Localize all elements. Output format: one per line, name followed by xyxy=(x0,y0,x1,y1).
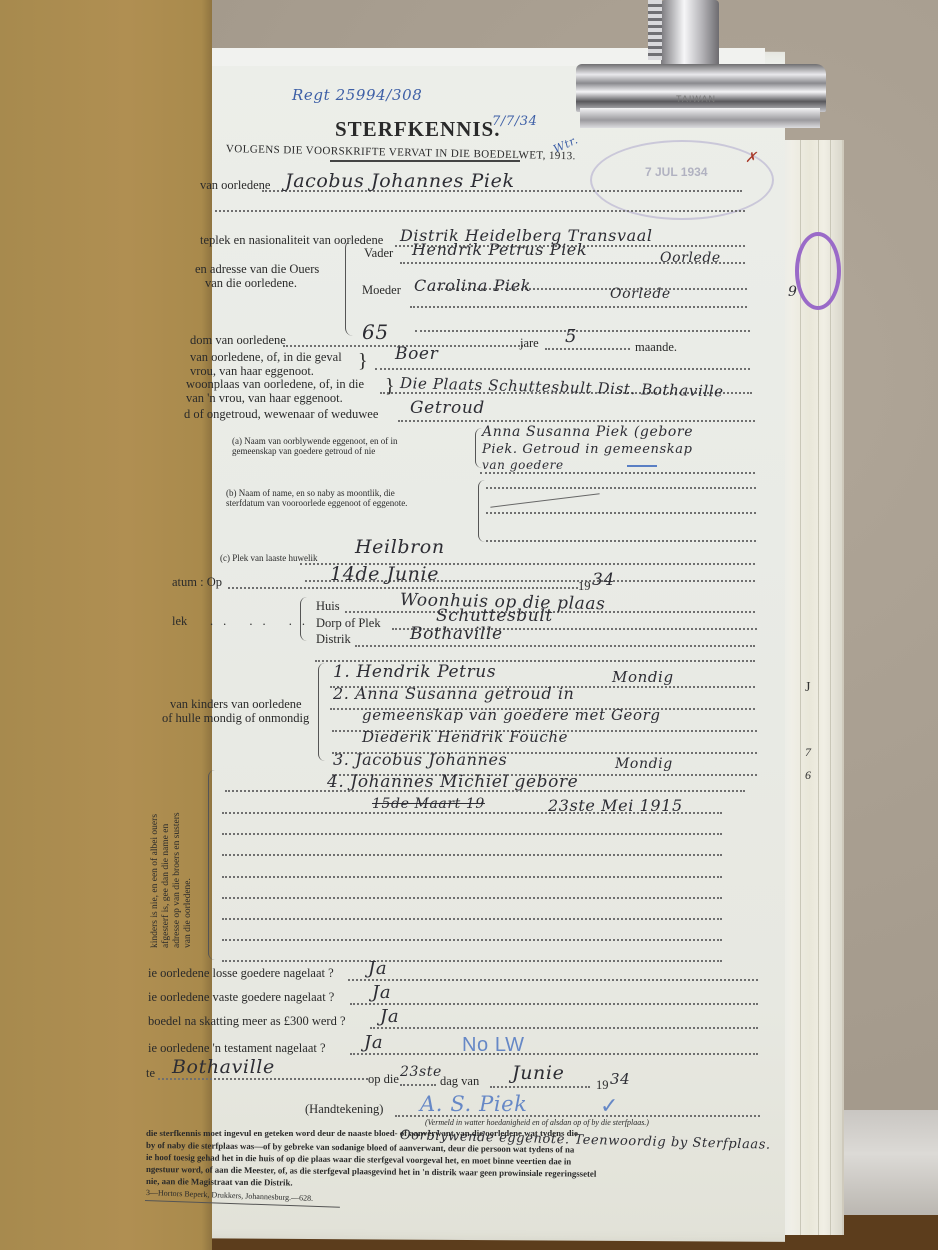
mother-value: Carolina Piek xyxy=(414,276,531,295)
child-4-struck-date: 15de Maart 19 xyxy=(372,796,485,812)
town-label: Dorp of Plek xyxy=(316,616,381,631)
children-label: van kinders van oorledene xyxy=(170,697,302,712)
signed-month-label: dag van xyxy=(440,1074,479,1089)
mother-label: Moeder xyxy=(362,283,401,298)
spouse-label: (a) Naam van oorblywende eggenoot, en of… xyxy=(232,436,397,446)
will-value: Ja xyxy=(364,1032,383,1053)
parents-label: en adresse van die Ouers xyxy=(195,262,319,277)
prev-spouse-label: (b) Naam of name, en so naby as moontlik… xyxy=(226,488,395,498)
death-year-suffix: 34 xyxy=(592,570,615,590)
blue-underline xyxy=(627,465,657,467)
child-3: 3. Jacobus Johannes xyxy=(333,750,507,769)
child-2-cont: gemeenskap van goedere met Georg xyxy=(362,706,661,724)
place-label: lek xyxy=(172,614,187,629)
footer-line: die sterfkennis moet ingevul en geteken … xyxy=(146,1128,578,1138)
age-months: 5 xyxy=(565,326,577,347)
mother-status: Oorlede xyxy=(610,286,671,302)
occupation-value: Boer xyxy=(395,344,438,364)
occupation-label: van oorledene, of, in die geval xyxy=(190,350,342,365)
registry-note: Regt 25994/308 xyxy=(292,86,422,104)
child-4: 4. Johannes Michiel gebore xyxy=(327,772,578,792)
movables-label: ie oorledene losse goedere nagelaat ? xyxy=(148,966,334,981)
residence-label: woonplaas van oorledene, of, in die xyxy=(186,377,364,392)
signed-at-label: te xyxy=(146,1066,155,1081)
signed-year-suffix: 34 xyxy=(610,1070,630,1088)
prev-spouse-label-2: sterfdatum van vooroorlede eggenoot of e… xyxy=(226,498,407,508)
child-1-status: Mondig xyxy=(612,668,674,686)
estate-value: Ja xyxy=(380,1006,399,1027)
spouse-value-1: Anna Susanna Piek (gebore xyxy=(482,424,693,440)
will-label: ie oorledene 'n testament nagelaat ? xyxy=(148,1041,326,1056)
age-months-label: maande. xyxy=(635,340,677,355)
residence-label-2: van 'n vrou, van haar eggenoot. xyxy=(186,391,343,406)
immovables-label: ie oorledene vaste goedere nagelaat ? xyxy=(148,990,334,1005)
will-annotation: No LW xyxy=(462,1034,525,1057)
signed-on-label: op die xyxy=(368,1072,399,1087)
siblings-label: kinders is nie, en een of albei ouers af… xyxy=(150,812,194,948)
check-mark-icon: ✓ xyxy=(600,1094,619,1119)
spouse-value-2: Piek. Getroud in gemeenskap xyxy=(482,442,693,457)
child-2: 2. Anna Susanna getroud in xyxy=(333,684,574,703)
margin-number: 9 xyxy=(788,284,798,300)
signed-month: Junie xyxy=(512,1062,564,1084)
district-value: Bothaville xyxy=(410,624,503,644)
child-1: 1. Hendrik Petrus xyxy=(333,662,496,682)
marital-value: Getroud xyxy=(410,398,485,418)
house-label: Huis xyxy=(316,599,340,614)
form-content: Regt 25994/308 7/7/34 Wtr. STERFKENNIS. … xyxy=(0,0,938,1250)
form-title: STERFKENNIS. xyxy=(335,117,500,142)
district-label: Distrik xyxy=(316,632,351,647)
death-date-value: 14de Junie xyxy=(330,563,439,585)
death-year-prefix: 19 xyxy=(578,579,591,594)
date-stamp-text: 7 JUL 1934 xyxy=(645,165,708,179)
father-label: Vader xyxy=(364,246,393,261)
parents-label-2: van die oorledene. xyxy=(205,276,297,291)
birthplace-label: teplek en nasionaliteit van oorledene xyxy=(200,233,383,248)
movables-value: Ja xyxy=(368,958,387,979)
footer-line: nie, aan die Magistraat van die Distrik. xyxy=(146,1176,293,1188)
red-mark: ✗ xyxy=(745,150,757,166)
spouse-label-2: gemeenskap van goedere getroud of nie xyxy=(232,446,375,456)
residence-value: Die Plaats Schuttesbult Dist. Bothaville xyxy=(400,374,724,400)
signed-year-prefix: 19 xyxy=(596,1078,609,1093)
signed-day: 23ste xyxy=(400,1064,442,1080)
signed-at-value: Bothaville xyxy=(172,1056,275,1078)
capacity-hint: (Vermeld in watter hoedanigheid en of al… xyxy=(425,1118,649,1127)
child-3-status: Mondig xyxy=(615,756,673,772)
father-value: Hendrik Petrus Piek xyxy=(412,240,587,259)
estate-label: boedel na skatting meer as £300 werd ? xyxy=(148,1014,346,1029)
age-years: 65 xyxy=(362,320,389,344)
marital-label: d of ongetroud, wewenaar of weduwee xyxy=(184,407,378,422)
name-value: Jacobus Johannes Piek xyxy=(285,170,515,192)
marriage-place-value: Heilbron xyxy=(355,536,445,558)
child-2-spouse: Diederik Hendrik Fouche xyxy=(362,728,568,746)
signature-label: (Handtekening) xyxy=(305,1102,383,1117)
dash-stroke xyxy=(490,493,599,507)
immovables-value: Ja xyxy=(372,982,391,1003)
age-years-label: jare xyxy=(520,336,539,351)
signature-value: A. S. Piek xyxy=(420,1092,528,1116)
town-value: Schuttesbult xyxy=(436,606,553,626)
spouse-value-3: van goedere xyxy=(482,458,564,472)
age-label: dom van oorledene xyxy=(190,333,286,348)
name-label: van oorledene xyxy=(200,178,270,193)
children-label-2: of hulle mondig of onmondig xyxy=(162,711,309,726)
death-date-label: atum : Op xyxy=(172,575,222,590)
marriage-place-label: (c) Plek van laaste huwelik xyxy=(220,553,317,563)
